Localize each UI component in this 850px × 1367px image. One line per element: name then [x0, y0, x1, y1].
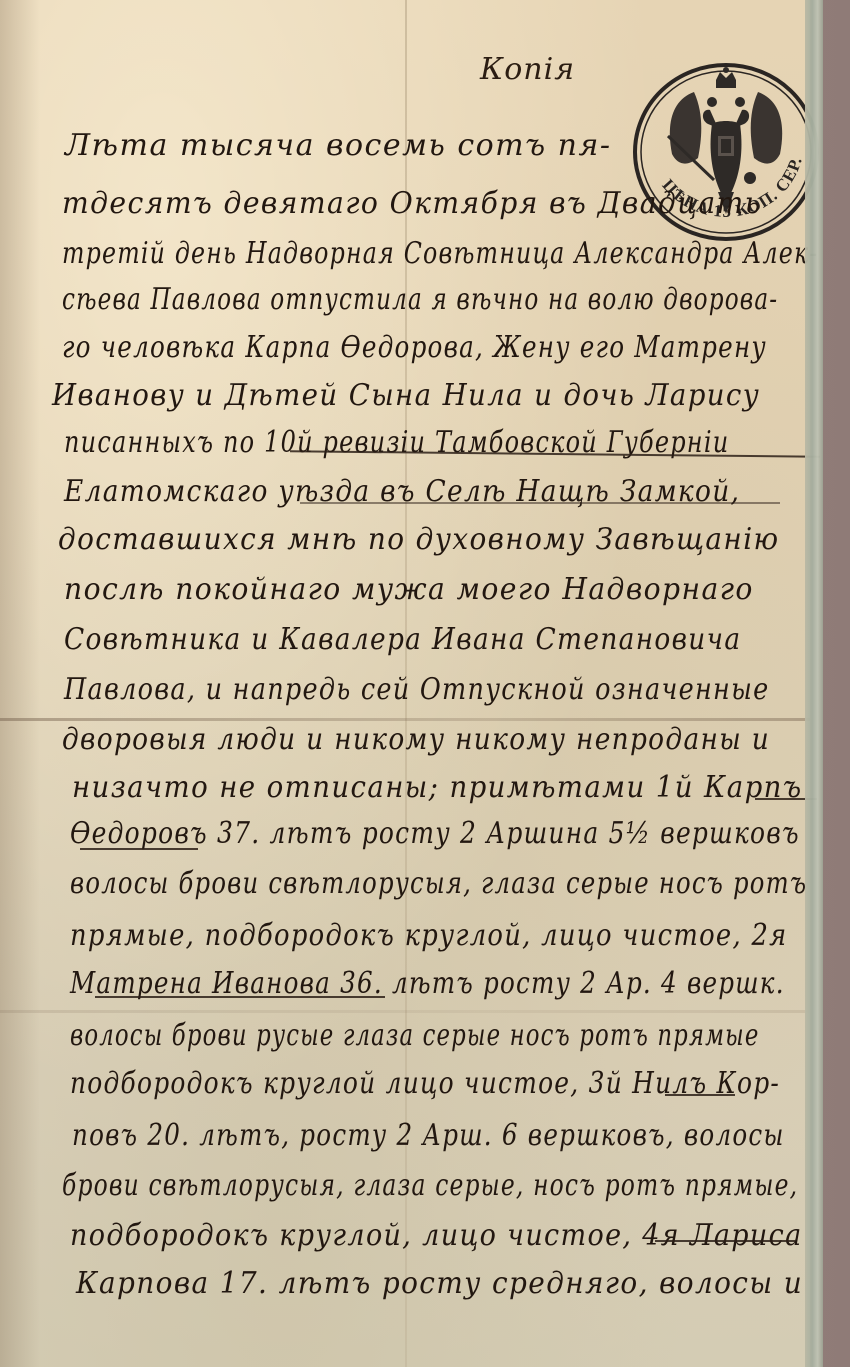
- document-line: дворовыя люди и никому никому непроданы …: [62, 722, 770, 757]
- document-line: доставшихся мнѣ по духовному Завѣщанію: [58, 522, 779, 557]
- line-underline: [95, 996, 385, 998]
- document-line: го человѣка Карпа Ѳедорова, Жену его Мат…: [62, 330, 767, 365]
- document-line: низачто не отписаны; примѣтами 1й Карпъ: [72, 770, 803, 805]
- document-line: волосы брови русые глаза серые носъ ротъ…: [70, 1018, 760, 1053]
- horizontal-fold-crease: [0, 718, 810, 721]
- line-underline: [80, 848, 198, 850]
- document-line: сѣева Павлова отпустила я вѣчно на волю …: [62, 282, 778, 317]
- document-line: подбородокъ круглой, лицо чистое, 4я Лар…: [70, 1218, 803, 1253]
- document-line: брови свѣтлорусыя, глаза серые, носъ рот…: [62, 1168, 798, 1203]
- document-line: Ѳедоровъ 37. лѣтъ росту 2 Аршина 5½ верш…: [70, 816, 800, 851]
- document-line: Иванову и Дѣтей Сына Нила и дочь Ларису: [52, 378, 760, 413]
- document-line: прямые, подбородокъ круглой, лицо чистое…: [70, 918, 788, 953]
- document-line: тдесятъ девятаго Октября въ Двадцать: [62, 186, 761, 221]
- document-line: повъ 20. лѣтъ, росту 2 Арш. 6 вершковъ, …: [72, 1118, 785, 1153]
- document-line: Совѣтника и Кавалера Ивана Степановича: [64, 622, 741, 657]
- line-underline: [665, 1094, 735, 1096]
- paper-edge-shadow: [0, 0, 40, 1367]
- frame-glass-edge: [805, 0, 823, 1367]
- document-line: Лѣта тысяча восемь сотъ пя-: [65, 128, 612, 163]
- document-line: Карпова 17. лѣтъ росту средняго, волосы …: [76, 1266, 803, 1301]
- document-line: Павлова, и напредь сей Отпускной означен…: [64, 672, 770, 707]
- document-page: Копія ЦѢНА 15 КОП. СЕР.: [0, 0, 810, 1367]
- document-line: волосы брови свѣтлорусыя, глаза серые но…: [70, 866, 807, 901]
- horizontal-fold-crease: [0, 1010, 810, 1013]
- document-line: послѣ покойнаго мужа моего Надворнаго: [64, 572, 754, 607]
- line-underline: [300, 502, 780, 504]
- document-line: третій день Надворная Совѣтница Александ…: [62, 236, 818, 271]
- line-underline: [655, 1240, 795, 1242]
- document-title: Копія: [480, 52, 575, 87]
